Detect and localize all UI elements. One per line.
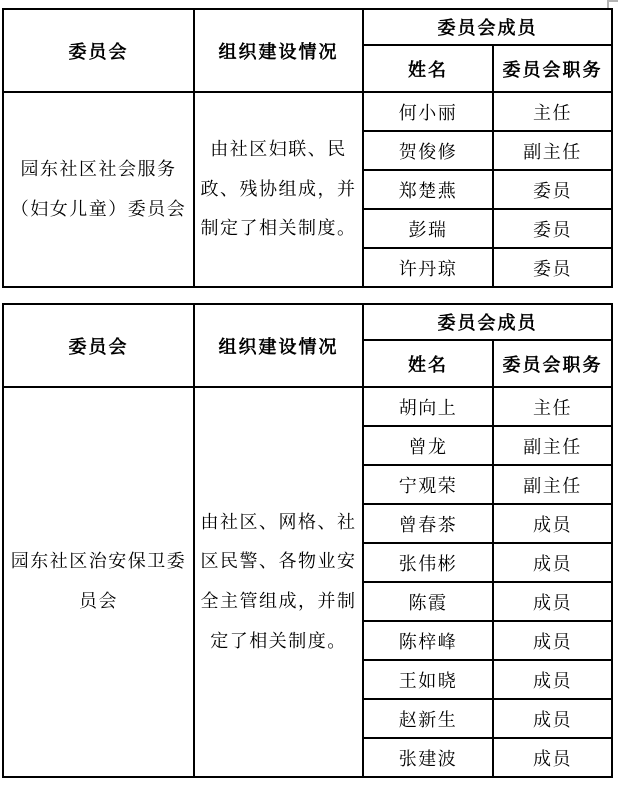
- member-title-cell: 副主任: [493, 131, 612, 170]
- member-title-cell: 成员: [493, 543, 612, 582]
- header-members-group: 委员会成员: [363, 9, 612, 45]
- header-members-group: 委员会成员: [363, 304, 612, 340]
- header-committee: 委员会: [3, 9, 194, 92]
- member-name-cell: 张建波: [363, 738, 493, 777]
- header-row-1: 委员会 组织建设情况 委员会成员: [3, 9, 612, 45]
- member-row: 园东社区社会服务（妇女儿童）委员会由社区妇联、民政、残协组成，并制定了相关制度。…: [3, 92, 612, 131]
- member-title-cell: 委员: [493, 248, 612, 287]
- member-name-cell: 郑楚燕: [363, 170, 493, 209]
- member-name-cell: 王如晓: [363, 660, 493, 699]
- member-name-cell: 张伟彬: [363, 543, 493, 582]
- member-title-cell: 成员: [493, 621, 612, 660]
- member-name-cell: 赵新生: [363, 699, 493, 738]
- cropped-box-fragment: [607, 0, 618, 8]
- member-name-cell: 贺俊修: [363, 131, 493, 170]
- header-row-1: 委员会 组织建设情况 委员会成员: [3, 304, 612, 340]
- member-name-cell: 曾春茶: [363, 504, 493, 543]
- member-title-cell: 主任: [493, 387, 612, 426]
- committee-table-2: 委员会 组织建设情况 委员会成员 姓名 委员会职务 园东社区治安保卫委员会由社区…: [2, 303, 613, 778]
- member-title-cell: 成员: [493, 504, 612, 543]
- header-member-name: 姓名: [363, 45, 493, 92]
- committee-name-cell: 园东社区社会服务（妇女儿童）委员会: [3, 92, 194, 287]
- member-row: 园东社区治安保卫委员会由社区、网格、社区民警、各物业安全主管组成，并制定了相关制…: [3, 387, 612, 426]
- member-name-cell: 陈梓峰: [363, 621, 493, 660]
- member-title-cell: 成员: [493, 660, 612, 699]
- member-title-cell: 成员: [493, 738, 612, 777]
- member-name-cell: 宁观荣: [363, 465, 493, 504]
- document-page: 委员会 组织建设情况 委员会成员 姓名 委员会职务 园东社区社会服务（妇女儿童）…: [0, 0, 618, 789]
- member-title-cell: 委员: [493, 209, 612, 248]
- member-title-cell: 委员: [493, 170, 612, 209]
- member-title-cell: 成员: [493, 699, 612, 738]
- org-status-cell: 由社区妇联、民政、残协组成，并制定了相关制度。: [194, 92, 363, 287]
- committee-table-1: 委员会 组织建设情况 委员会成员 姓名 委员会职务 园东社区社会服务（妇女儿童）…: [2, 8, 613, 288]
- org-status-cell: 由社区、网格、社区民警、各物业安全主管组成，并制定了相关制度。: [194, 387, 363, 777]
- member-name-cell: 何小丽: [363, 92, 493, 131]
- member-name-cell: 曾龙: [363, 426, 493, 465]
- header-member-title: 委员会职务: [493, 340, 612, 387]
- header-member-title: 委员会职务: [493, 45, 612, 92]
- committee-name-cell: 园东社区治安保卫委员会: [3, 387, 194, 777]
- member-name-cell: 胡向上: [363, 387, 493, 426]
- header-committee: 委员会: [3, 304, 194, 387]
- member-title-cell: 副主任: [493, 426, 612, 465]
- header-org-status: 组织建设情况: [194, 304, 363, 387]
- header-member-name: 姓名: [363, 340, 493, 387]
- member-title-cell: 成员: [493, 582, 612, 621]
- header-org-status: 组织建设情况: [194, 9, 363, 92]
- member-name-cell: 彭瑞: [363, 209, 493, 248]
- member-name-cell: 陈霞: [363, 582, 493, 621]
- member-title-cell: 副主任: [493, 465, 612, 504]
- member-title-cell: 主任: [493, 92, 612, 131]
- member-name-cell: 许丹琼: [363, 248, 493, 287]
